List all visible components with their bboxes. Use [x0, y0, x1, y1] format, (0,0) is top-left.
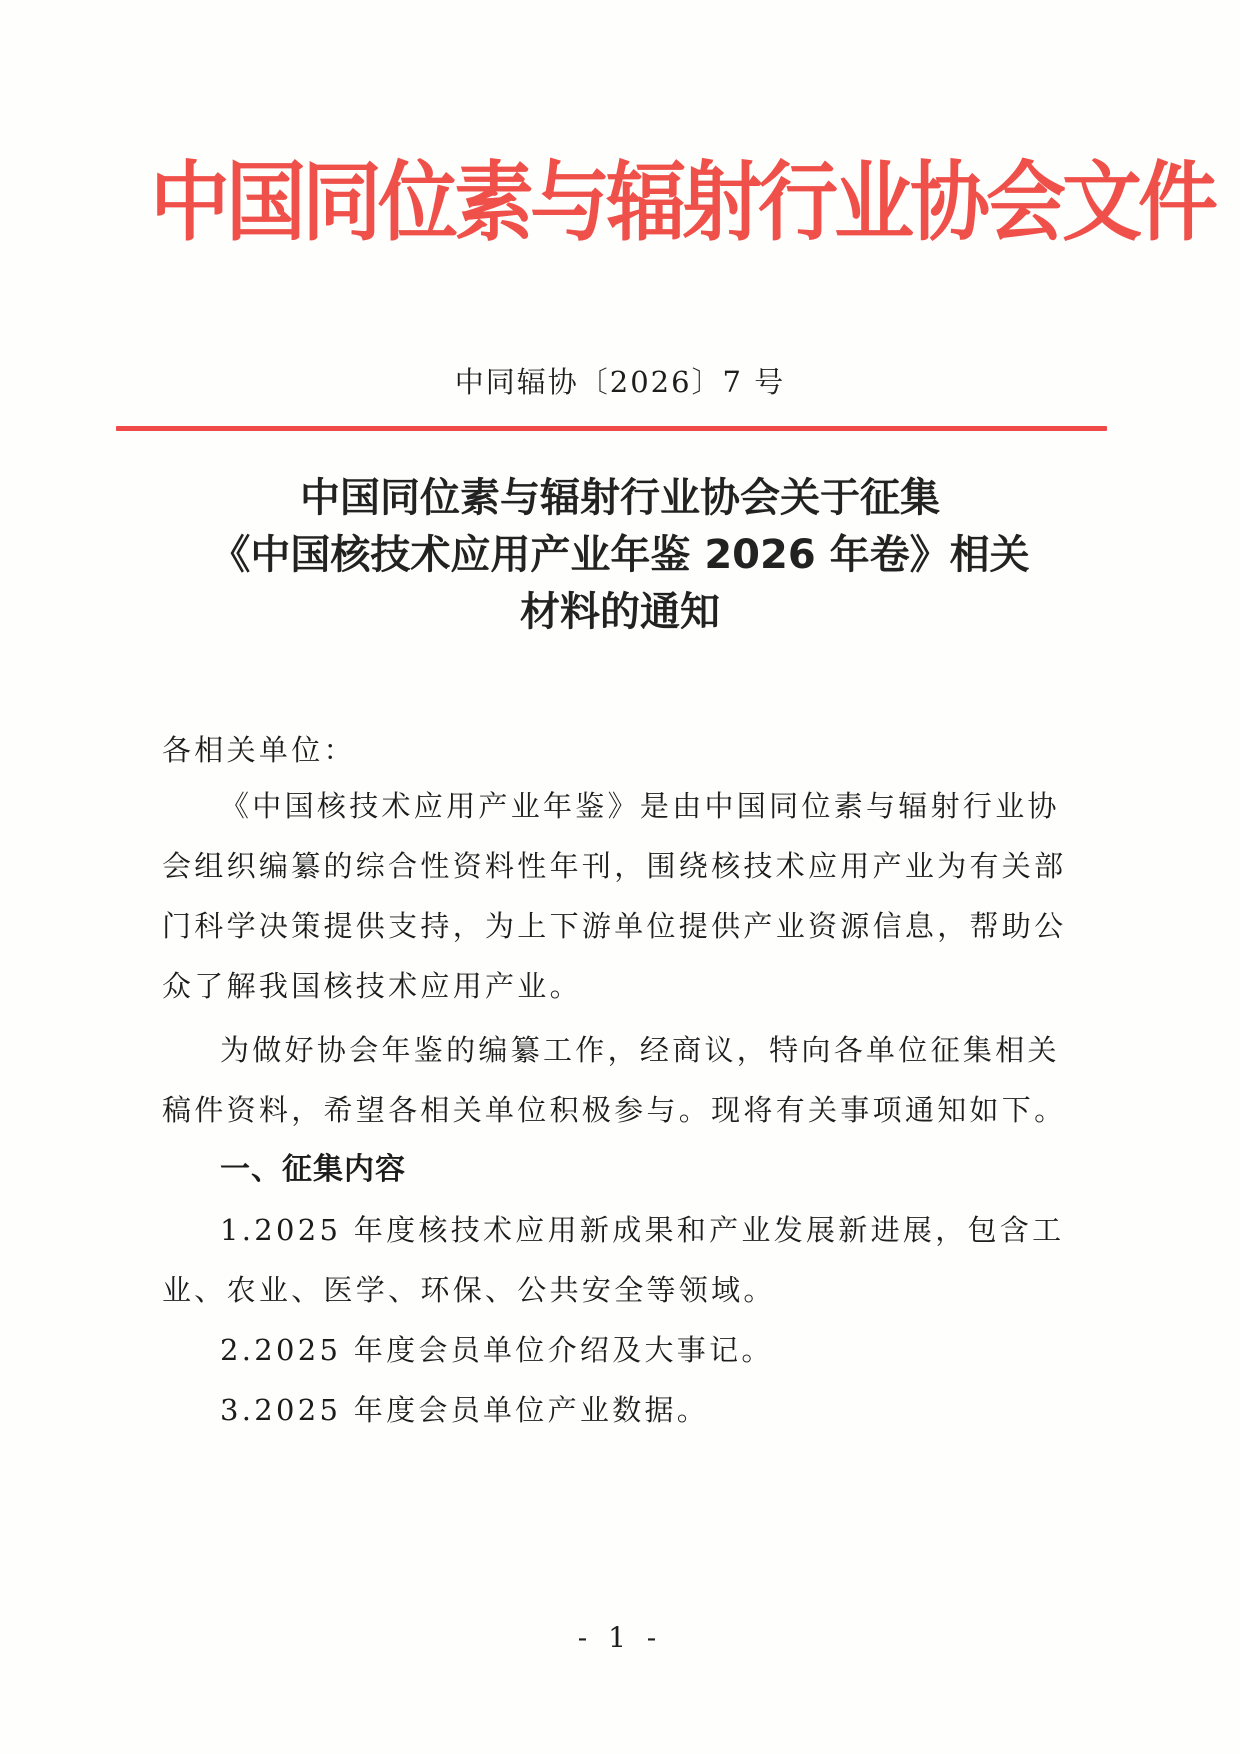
collection-item-1-line-1: 1.2025 年度核技术应用新成果和产业发展新进展，包含工	[220, 1210, 1064, 1250]
collection-item-1-line-2: 业、农业、医学、环保、公共安全等领域。	[162, 1270, 776, 1310]
collection-item-2: 2.2025 年度会员单位介绍及大事记。	[220, 1330, 774, 1370]
paragraph-2-line-2: 稿件资料，希望各相关单位积极参与。现将有关事项通知如下。	[162, 1090, 1066, 1130]
red-divider-rule	[116, 426, 1107, 431]
salutation: 各相关单位：	[162, 730, 356, 770]
paragraph-2-line-1: 为做好协会年鉴的编纂工作，经商议，特向各单位征集相关	[220, 1030, 1060, 1070]
collection-item-3: 3.2025 年度会员单位产业数据。	[220, 1390, 709, 1430]
section-heading-collection-content: 一、征集内容	[220, 1150, 406, 1190]
paragraph-1-line-3: 门科学决策提供支持，为上下游单位提供产业资源信息，帮助公	[162, 906, 1066, 946]
masthead-title: 中国同位素与辐射行业协会文件	[150, 148, 1090, 256]
page-number: - 1 -	[0, 1618, 1240, 1658]
notice-title-line-2: 《中国核技术应用产业年鉴 2026 年卷》相关	[150, 527, 1090, 584]
paragraph-1-line-4: 众了解我国核技术应用产业。	[162, 966, 582, 1006]
paragraph-1-line-1: 《中国核技术应用产业年鉴》是由中国同位素与辐射行业协	[220, 786, 1060, 826]
document-page: 中国同位素与辐射行业协会文件 中同辐协〔2026〕7 号 中国同位素与辐射行业协…	[0, 0, 1240, 1754]
notice-title-line-1: 中国同位素与辐射行业协会关于征集	[150, 470, 1090, 527]
paragraph-1-line-2: 会组织编纂的综合性资料性年刊，围绕核技术应用产业为有关部	[162, 846, 1066, 886]
notice-title-line-3: 材料的通知	[150, 584, 1090, 641]
document-number: 中同辐协〔2026〕7 号	[0, 362, 1240, 402]
notice-title: 中国同位素与辐射行业协会关于征集 《中国核技术应用产业年鉴 2026 年卷》相关…	[150, 470, 1090, 641]
